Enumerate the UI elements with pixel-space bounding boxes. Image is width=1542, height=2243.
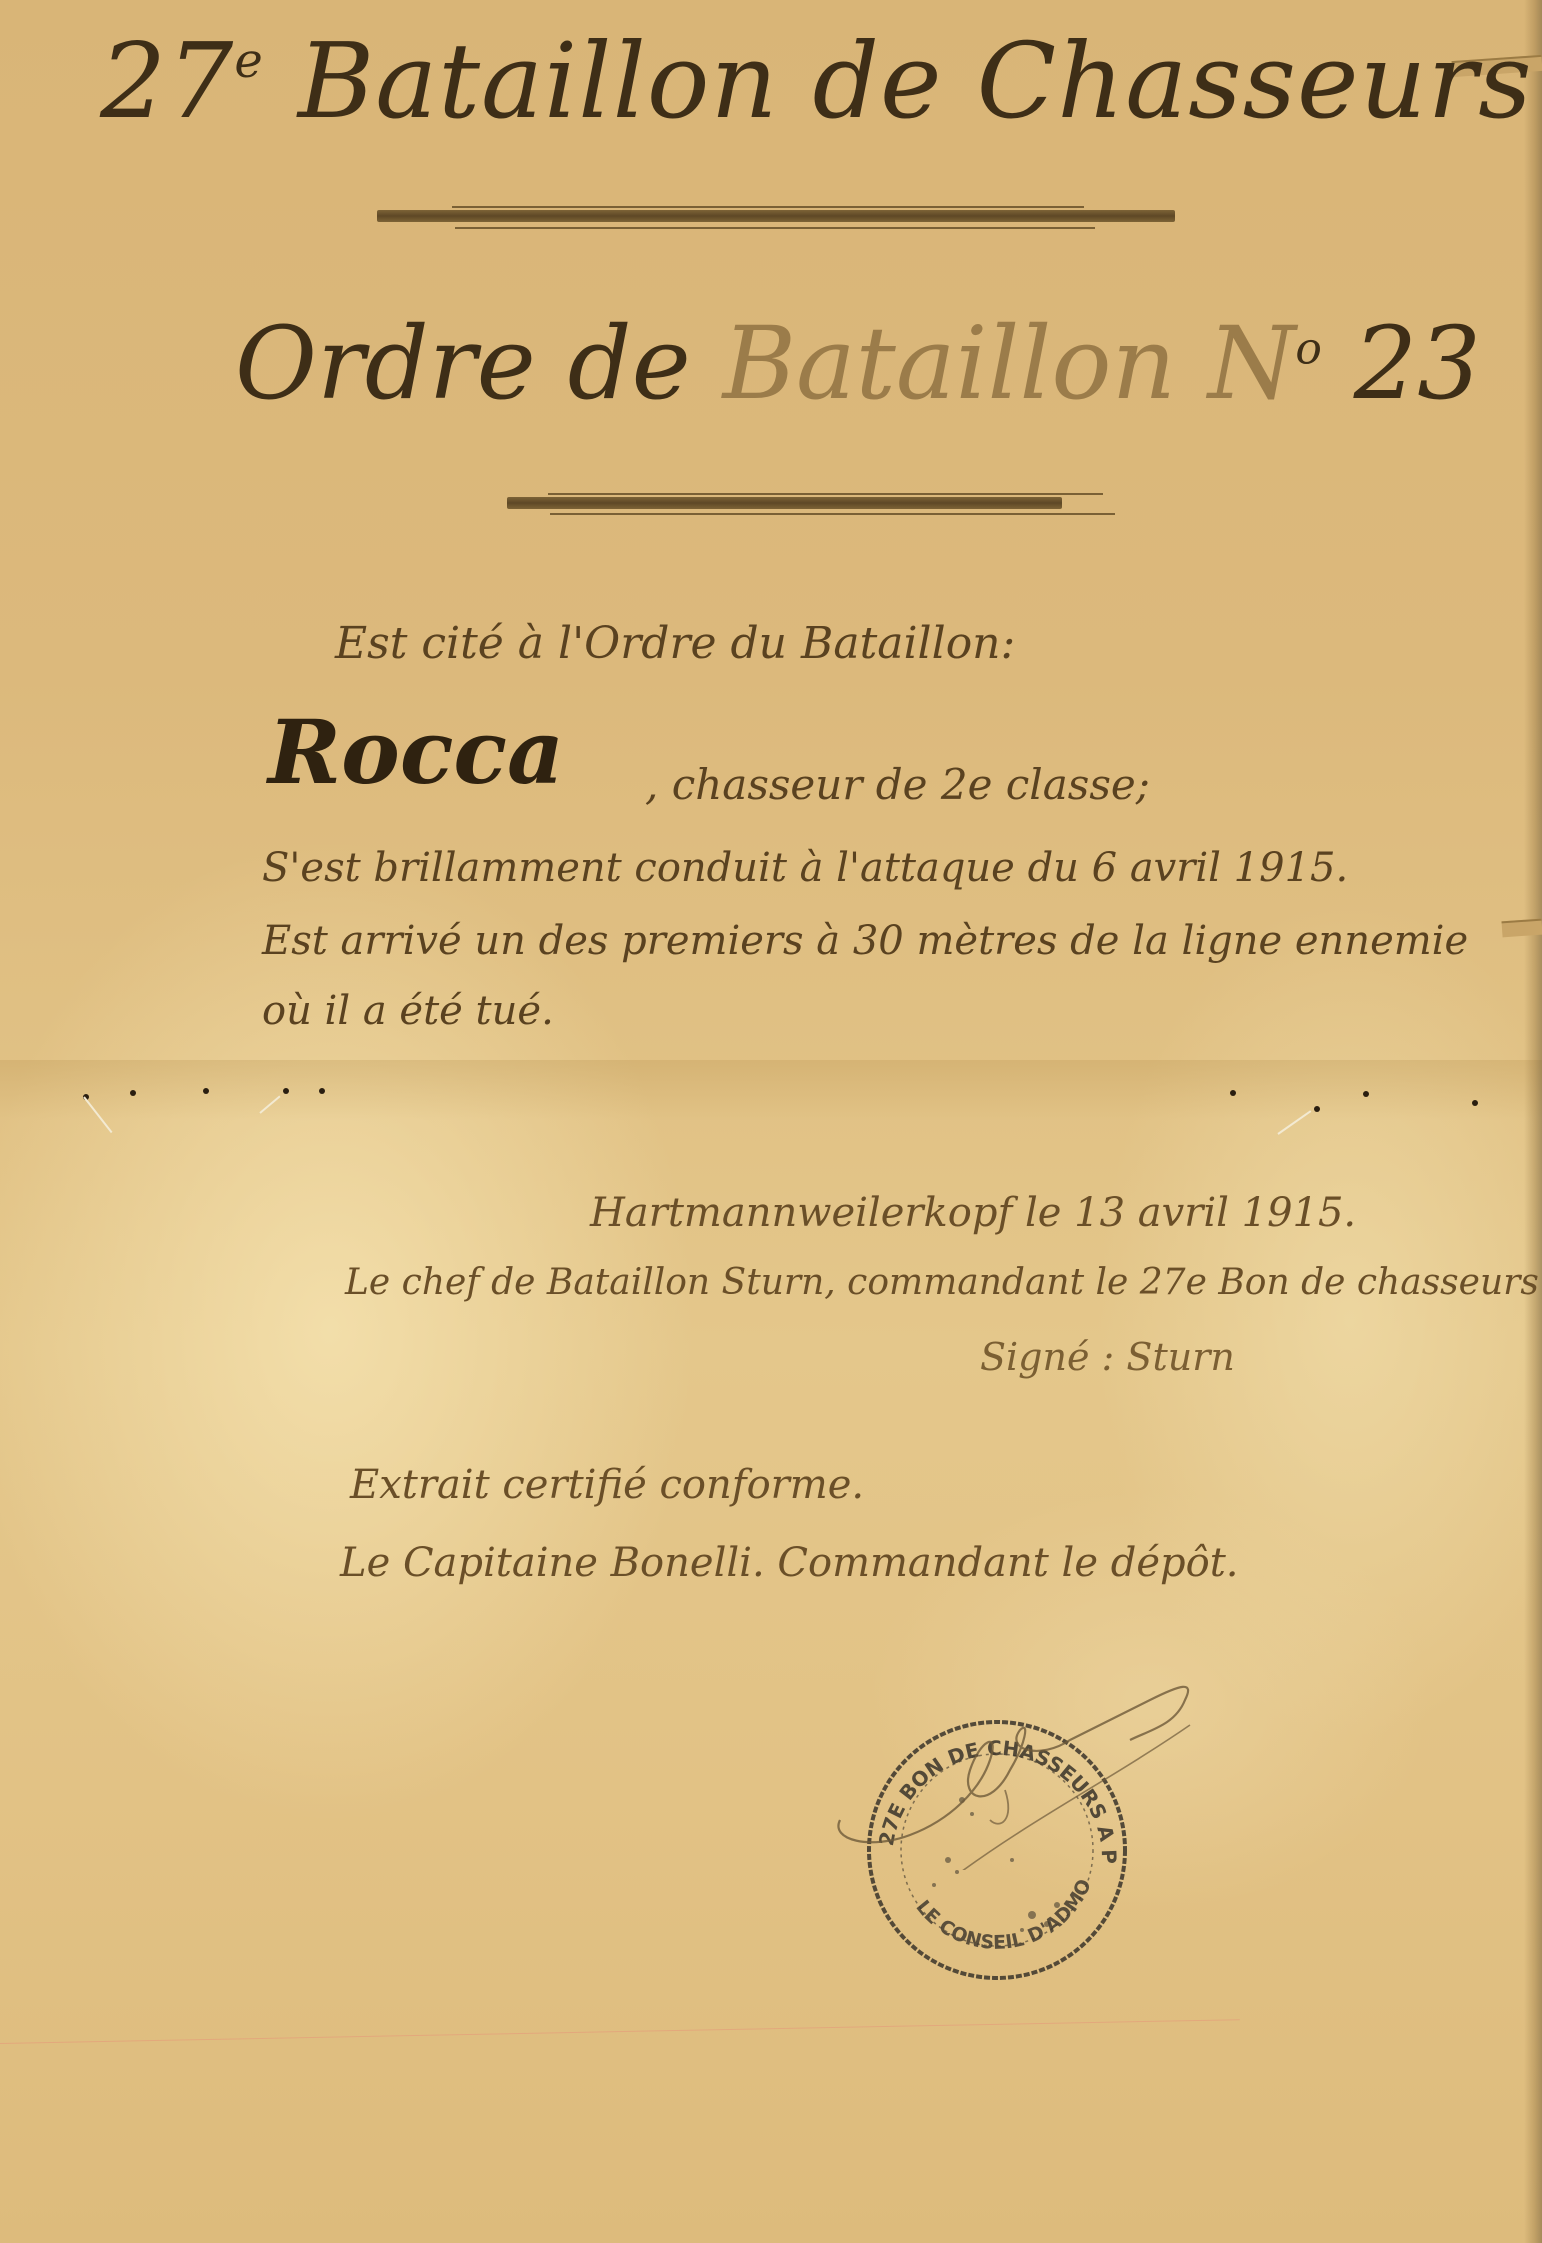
cited-name: Rocca	[268, 700, 564, 804]
binding-hole	[130, 1090, 136, 1096]
header-rule	[377, 210, 1175, 222]
order-title: Ordre de Bataillon No 23	[235, 305, 1481, 422]
binding-thread	[1277, 1110, 1311, 1135]
chef-bataillon-line: Le chef de Bataillon Sturn, commandant l…	[345, 1262, 1539, 1303]
order-rule-thin-top	[548, 493, 1103, 495]
handwritten-signature-icon	[830, 1670, 1230, 1870]
order-number: 23	[1354, 305, 1481, 422]
capitaine-line: Le Capitaine Bonelli. Commandant le dépô…	[340, 1540, 1238, 1586]
binding-thread	[83, 1096, 112, 1133]
header-ordinal: 27	[100, 20, 234, 142]
order-rule-thin-bottom	[550, 513, 1115, 515]
binding-hole	[1230, 1090, 1236, 1096]
binding-hole	[1363, 1091, 1369, 1097]
binding-hole	[283, 1088, 289, 1094]
citation-line-1: S'est brillamment conduit à l'attaque du…	[262, 845, 1348, 891]
header-rule-thin-top	[452, 206, 1084, 208]
order-number-label: N	[1208, 305, 1296, 422]
header-rule-thin-bottom	[455, 227, 1095, 229]
header-title-rest: Bataillon de Chasseurs.	[298, 20, 1542, 142]
citation-line-2: Est arrivé un des premiers à 30 mètres d…	[262, 918, 1468, 964]
binding-hole	[319, 1088, 325, 1094]
binding-thread	[259, 1096, 280, 1114]
paper-fiber-line	[0, 2019, 1240, 2044]
paper-tear	[1501, 919, 1542, 938]
document-page: 27e Bataillon de Chasseurs. Ordre de Bat…	[0, 0, 1542, 2243]
document-header-title: 27e Bataillon de Chasseurs.	[100, 20, 1542, 142]
order-title-faded-word: Bataillon	[723, 305, 1176, 422]
extrait-certifie: Extrait certifié conforme.	[350, 1462, 864, 1508]
citation-line-3: où il a été tué.	[262, 988, 554, 1034]
citation-intro: Est cité à l'Ordre du Bataillon:	[335, 618, 1015, 669]
order-rule	[507, 497, 1062, 509]
binding-hole	[1472, 1100, 1478, 1106]
order-number-suffix: o	[1295, 324, 1322, 375]
signe-line: Signé : Sturn	[980, 1335, 1235, 1379]
header-ordinal-suffix: e	[234, 33, 263, 89]
place-date: Hartmannweilerkopf le 13 avril 1915.	[590, 1190, 1356, 1236]
binding-hole	[1314, 1106, 1320, 1112]
order-title-prefix: Ordre de	[235, 305, 723, 422]
cited-rank: , chasseur de 2e classe;	[645, 760, 1150, 809]
paper-edge-shadow	[1524, 0, 1542, 2243]
binding-hole	[203, 1088, 209, 1094]
